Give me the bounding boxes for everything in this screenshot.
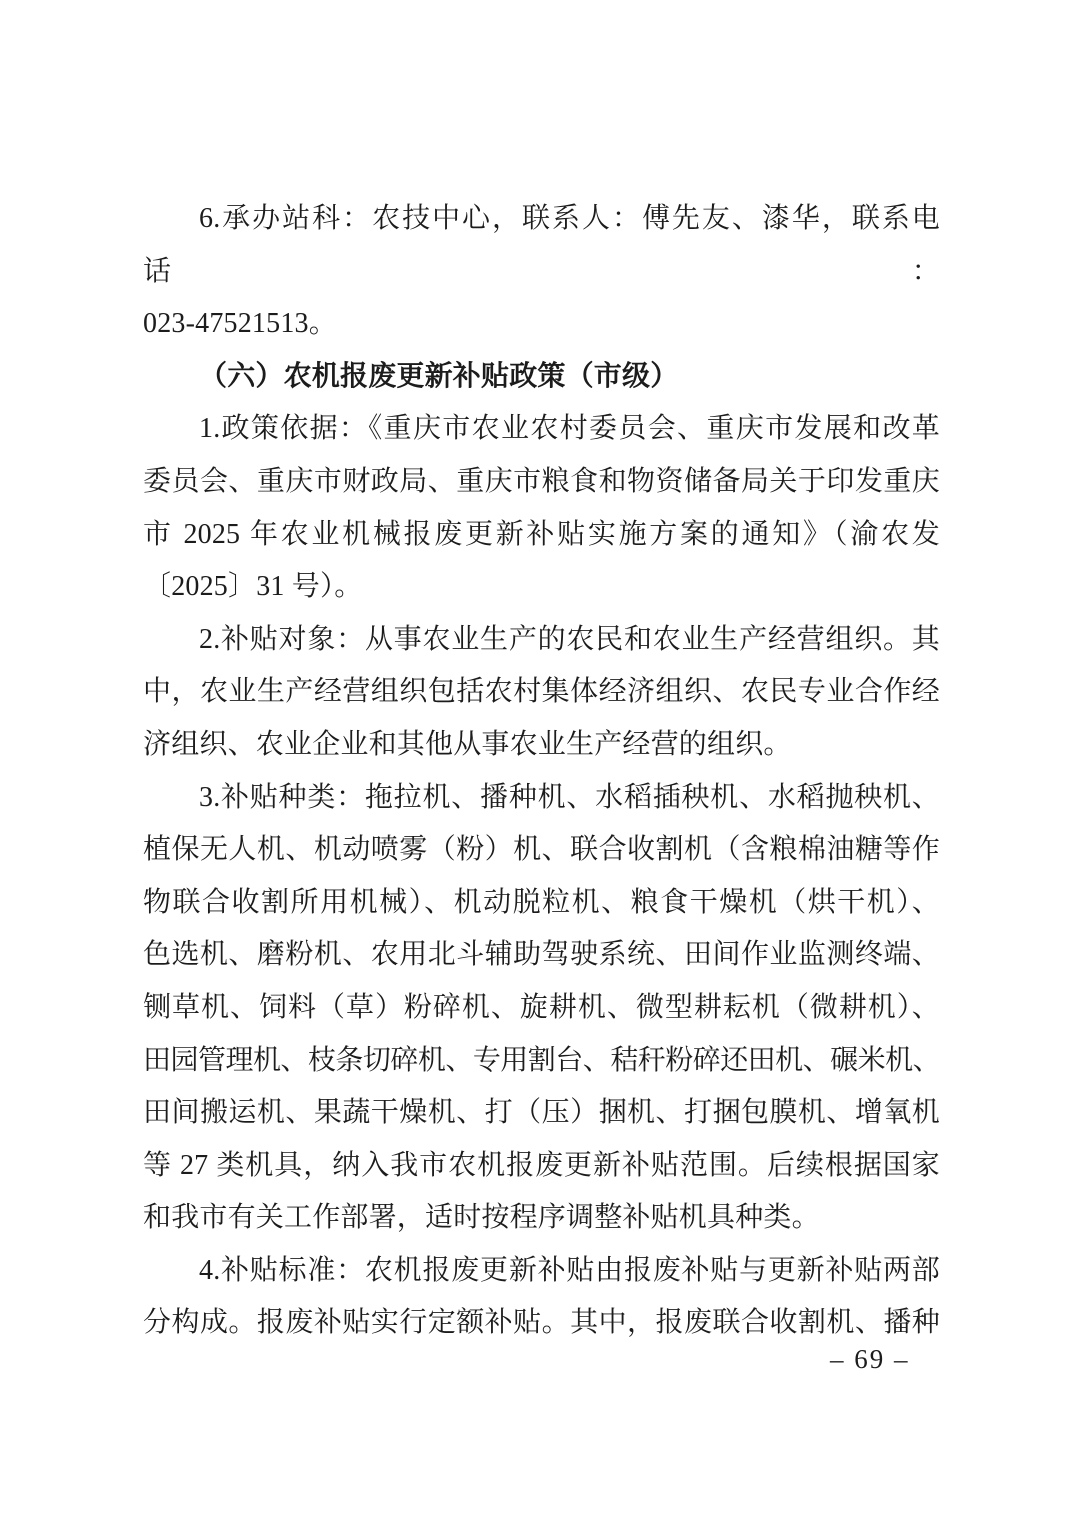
text-line: 2.补贴对象：从事农业生产的农民和农业生产经营组织。其 xyxy=(143,614,940,667)
text-line: 和我市有关工作部署，适时按程序调整补贴机具种类。 xyxy=(143,1192,940,1245)
document-body: 6.承办站科：农技中心，联系人：傅先友、漆华，联系电话： 023-4752151… xyxy=(143,193,940,1350)
text-line: 田园管理机、枝条切碎机、专用割台、秸秆粉碎还田机、碾米机、 xyxy=(143,1035,940,1088)
text-line: 023-47521513。 xyxy=(143,298,940,351)
text-line: 4.补贴标准：农机报废更新补贴由报废补贴与更新补贴两部 xyxy=(143,1245,940,1298)
text-line: 铡草机、饲料（草）粉碎机、旋耕机、微型耕耘机（微耕机）、 xyxy=(143,982,940,1035)
text-line: 色选机、磨粉机、农用北斗辅助驾驶系统、田间作业监测终端、 xyxy=(143,929,940,982)
section-heading: （六）农机报废更新补贴政策（市级） xyxy=(143,351,940,404)
text-line: 〔2025〕31 号）。 xyxy=(143,561,940,614)
text-line: 市 2025 年农业机械报废更新补贴实施方案的通知》（渝农发 xyxy=(143,509,940,562)
text-line: 分构成。报废补贴实行定额补贴。其中，报废联合收割机、播种 xyxy=(143,1297,940,1350)
text-line: 等 27 类机具，纳入我市农机报废更新补贴范围。后续根据国家 xyxy=(143,1140,940,1193)
text-line: 济组织、农业企业和其他从事农业生产经营的组织。 xyxy=(143,719,940,772)
text-line: 中，农业生产经营组织包括农村集体经济组织、农民专业合作经 xyxy=(143,666,940,719)
text-line: 3.补贴种类：拖拉机、播种机、水稻插秧机、水稻抛秧机、 xyxy=(143,772,940,825)
text-line: 物联合收割所用机械）、机动脱粒机、粮食干燥机（烘干机）、 xyxy=(143,877,940,930)
text-line: 6.承办站科：农技中心，联系人：傅先友、漆华，联系电话： xyxy=(143,193,940,298)
text-line: 植保无人机、机动喷雾（粉）机、联合收割机（含粮棉油糖等作 xyxy=(143,824,940,877)
document-page: 6.承办站科：农技中心，联系人：傅先友、漆华，联系电话： 023-4752151… xyxy=(0,0,1074,1520)
text-line: 田间搬运机、果蔬干燥机、打（压）捆机、打捆包膜机、增氧机 xyxy=(143,1087,940,1140)
text-line: 1.政策依据：《重庆市农业农村委员会、重庆市发展和改革 xyxy=(143,403,940,456)
page-number: – 69 – xyxy=(830,1344,910,1375)
text-line: 委员会、重庆市财政局、重庆市粮食和物资储备局关于印发重庆 xyxy=(143,456,940,509)
